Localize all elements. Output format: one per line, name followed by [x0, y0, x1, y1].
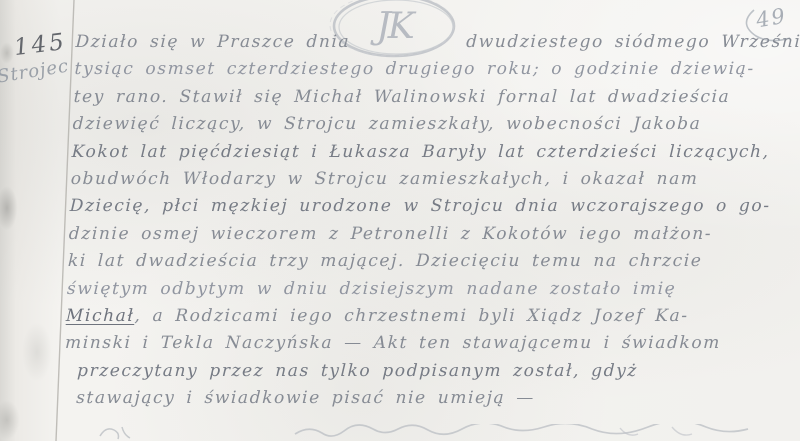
manuscript-line: Dziecię, płci męzkiej urodzone w Strojcu…	[69, 193, 800, 220]
manuscript-text: Działo się w Praszce dniadwudziestego si…	[63, 29, 800, 412]
manuscript-line: Michał, a Rodzicami iego chrzestnemi byl…	[65, 303, 800, 330]
line-text: , a Rodzicami iego chrzestnemi byli Xiąd…	[134, 306, 689, 326]
manuscript-line: obudwóch Włodarzy w Strojcu zamieszkałyc…	[70, 166, 800, 193]
manuscript-line: Działo się w Praszce dniadwudziestego si…	[75, 29, 800, 56]
scanned-document-page: 145 Strojec 49 JK Działo się w Praszce d…	[0, 0, 800, 441]
manuscript-line: tysiąc osmset czterdziestego drugiego ro…	[74, 56, 800, 83]
manuscript-line: minski i Tekla Naczyńska — Akt ten stawa…	[65, 330, 800, 357]
manuscript-line: tey rano. Stawił się Michał Walinowski f…	[73, 84, 800, 111]
manuscript-line: Kokot lat pięćdziesiąt i Łukasza Baryły …	[71, 139, 800, 166]
manuscript-line: przeczytany przez nas tylko podpisanym z…	[64, 358, 800, 385]
manuscript-line: stawający i świadkowie pisać nie umieją …	[63, 385, 800, 412]
manuscript-line: dzinie osmej wieczorem z Petronelli z Ko…	[68, 221, 800, 248]
manuscript-line: ki lat dwadzieścia trzy mającej. Dziecię…	[67, 248, 800, 275]
manuscript-line: dziewięć liczący, w Strojcu zamieszkały,…	[72, 111, 800, 138]
line-text: Działo się w Praszce dnia	[75, 32, 350, 52]
line-text: dwudziestego siódmego Września,	[466, 32, 800, 52]
underlined-child-name: Michał	[66, 306, 135, 326]
manuscript-line: świętym odbytym w dniu dzisiejszym nadan…	[66, 276, 800, 303]
